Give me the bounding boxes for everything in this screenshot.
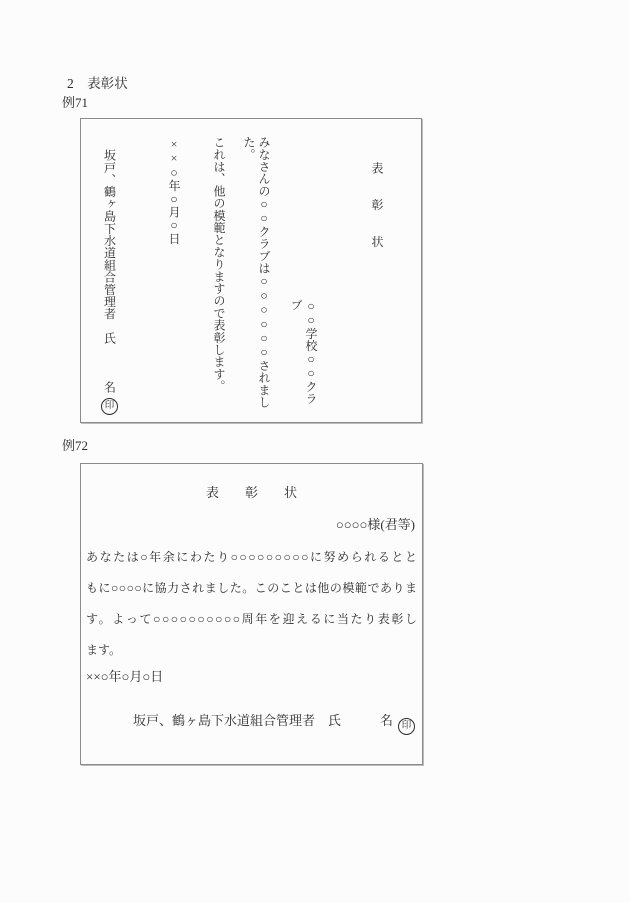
- certificate-71-box: 表 彰 状 ○○学校○○クラブ みなさんの○○クラブは○○○○○○されました。 …: [80, 118, 422, 423]
- seal-stamp-icon: 印: [398, 718, 415, 735]
- cert72-body-line: もに○○○○に協力されました。このことは他の模範でありま: [86, 573, 417, 604]
- cert71-body-line-1: みなさんの○○クラブは○○○○○○されました。: [241, 136, 271, 416]
- cert71-recipient: ○○学校○○クラブ: [288, 136, 318, 416]
- cert72-date: ××○年○月○日: [86, 668, 417, 686]
- cert71-signer-text: 坂戸、鶴ヶ島下水道組合管理者 氏 名: [103, 149, 117, 393]
- cert71-title: 表 彰 状: [369, 136, 384, 416]
- cert72-body-line: す。よって○○○○○○○○○○周年を迎えるに当たり表彰し: [86, 604, 417, 635]
- example-71-label: 例71: [62, 95, 88, 110]
- cert72-body-line: あなたは○年余にわたり○○○○○○○○○に努められるとと: [86, 542, 417, 573]
- document-page: 2 表彰状 例71 表 彰 状 ○○学校○○クラブ みなさんの○○クラブは○○○…: [0, 0, 630, 903]
- certificate-72-box: 表 彰 状 ○○○○様(君等) あなたは○年余にわたり○○○○○○○○○に努めら…: [80, 463, 423, 765]
- section-heading: 2 表彰状: [67, 76, 128, 92]
- cert71-date: ××○年○月○日: [166, 136, 181, 416]
- cert72-recipient: ○○○○様(君等): [86, 516, 417, 534]
- cert72-signature: 坂戸、鶴ヶ島下水道組合管理者 氏 名印: [86, 712, 417, 735]
- cert72-signer-text: 坂戸、鶴ヶ島下水道組合管理者 氏 名: [133, 713, 393, 728]
- cert72-title: 表 彰 状: [86, 484, 417, 502]
- cert71-signature: 坂戸、鶴ヶ島下水道組合管理者 氏 名印: [101, 136, 118, 416]
- cert72-body: あなたは○年余にわたり○○○○○○○○○に努められるとと もに○○○○に協力され…: [86, 542, 417, 666]
- cert72-body-line: ます。: [86, 635, 417, 666]
- example-72-label: 例72: [62, 438, 88, 453]
- seal-stamp-icon: 印: [101, 398, 118, 415]
- cert71-body-line-2: これは、他の模範となりますので表彰します。: [211, 136, 226, 416]
